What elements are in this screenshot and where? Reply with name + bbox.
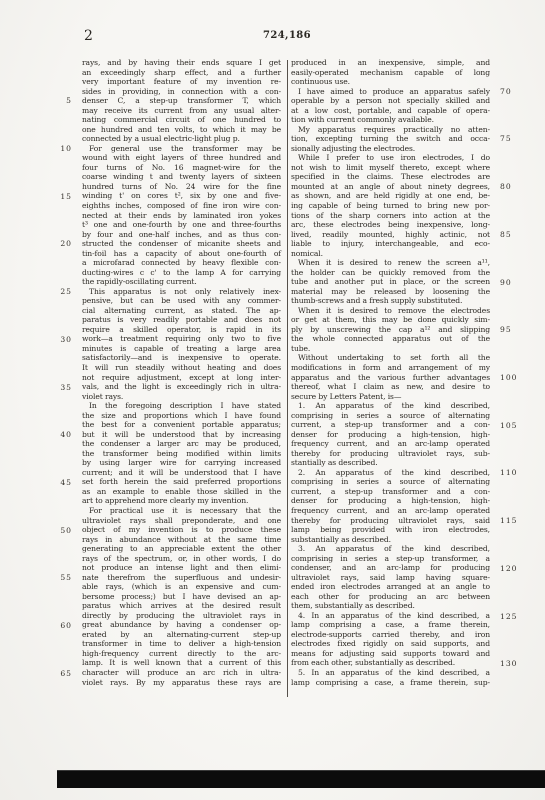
text-line: eighths inches, composed of fine iron wi… — [82, 201, 281, 211]
text-line: an exceedingly sharp effect, and a furth… — [82, 68, 281, 78]
line-number: 130 — [500, 659, 524, 669]
line-number: 75 — [500, 134, 524, 144]
text-line: high-frequency current directly to the a… — [82, 649, 281, 659]
text-line: the size and proportions which I have fo… — [82, 411, 281, 421]
text-line: 3. An apparatus of the kind described, — [291, 544, 490, 554]
text-line: apparatus and the various further advant… — [291, 373, 490, 383]
line-number: 20 — [48, 239, 72, 249]
text-line: the condenser a larger arc may be produc… — [82, 439, 281, 449]
text-line: ended iron electrodes arranged at an ang… — [291, 582, 490, 592]
text-line: at a low cost, portable, and capable of … — [291, 106, 490, 116]
text-line: the transformer being modified within li… — [82, 449, 281, 459]
line-number: 55 — [48, 573, 72, 583]
text-line: For practical use it is necessary that t… — [82, 506, 281, 516]
text-line: thereby for producing ultraviolet rays, … — [291, 449, 490, 459]
text-line: comprising in series a source of alterna… — [291, 411, 490, 421]
text-line: work—a treatment requiring only two to f… — [82, 334, 281, 344]
footer-bar — [57, 771, 545, 788]
text-line: tion, excepting turning the switch and o… — [291, 134, 490, 144]
text-line: thereby for producing ultraviolet rays, … — [291, 516, 490, 526]
page-number: 2 — [84, 29, 93, 43]
line-number: 65 — [48, 669, 72, 679]
text-line: material may be released by loosening th… — [291, 287, 490, 297]
text-line: nected at their ends by laminated iron y… — [82, 211, 281, 221]
line-number: 5 — [48, 96, 72, 106]
text-line: wound with eight layers of three hundred… — [82, 153, 281, 163]
text-line: the whole connected apparatus out of the — [291, 334, 490, 344]
text-line: denser for producing a high-tension, hig… — [291, 430, 490, 440]
text-line: current, a step-up transformer and a con… — [291, 487, 490, 497]
text-line: by four and one-half inches, and as thus… — [82, 230, 281, 240]
text-line: object of my invention is to produce the… — [82, 525, 281, 535]
text-line: minutes is capable of treating a large a… — [82, 344, 281, 354]
line-number: 95 — [500, 325, 524, 335]
text-line: a microfarad connected by heavy flexible… — [82, 258, 281, 268]
text-line: directly by producing the ultraviolet ra… — [82, 611, 281, 621]
text-line: For general use the transformer may be — [82, 144, 281, 154]
text-line: thumb-screws and a fresh supply substitu… — [291, 296, 490, 306]
text-line: produced in an inexpensive, simple, and — [291, 58, 490, 68]
text-line: coarse winding t and twenty layers of si… — [82, 172, 281, 182]
text-line: rays, and by having their ends square I … — [82, 58, 281, 68]
text-line: stantially as described. — [291, 458, 490, 468]
text-line: sides in providing, in connection with a… — [82, 87, 281, 97]
line-number: 50 — [48, 526, 72, 536]
text-line: In the foregoing description I have stat… — [82, 401, 281, 411]
text-line: electrodes fixed rigidly on said support… — [291, 639, 490, 649]
text-line: ducting-wires c c' to the lamp A for car… — [82, 268, 281, 278]
text-line: winding t' on cores t², six by one and f… — [82, 191, 281, 201]
text-line: one hundred and ten volts, to which it m… — [82, 125, 281, 135]
text-line: able rays, (which is an expensive and cu… — [82, 582, 281, 592]
text-line: tion with current commonly available. — [291, 115, 490, 125]
line-number: 30 — [48, 335, 72, 345]
text-line: denser C, a step-up transformer T, which — [82, 96, 281, 106]
text-line: nate therefrom the superfluous and undes… — [82, 573, 281, 583]
column-divider — [287, 60, 288, 697]
column-right: produced in an inexpensive, simple, ande… — [291, 58, 490, 687]
text-line: connected by a usual electric-light plug… — [82, 134, 281, 144]
text-line: frequency current, and an arc-lamp opera… — [291, 506, 490, 516]
text-line: cial alternating current, as stated. The… — [82, 306, 281, 316]
text-line: them, substantially as described. — [291, 601, 490, 611]
line-number: 60 — [48, 621, 72, 631]
text-line: I have aimed to produce an apparatus saf… — [291, 87, 490, 97]
text-line: satisfactorily—and is inexpensive to ope… — [82, 353, 281, 363]
column-left: rays, and by having their ends square I … — [82, 58, 281, 687]
text-line: ultraviolet rays shall preponderate, and… — [82, 516, 281, 526]
text-line: rays of the spectrum, or, in other words… — [82, 554, 281, 564]
text-line: art to apprehend more clearly my inventi… — [82, 496, 281, 506]
line-number: 40 — [48, 430, 72, 440]
text-line: paratus which arrives at the desired res… — [82, 601, 281, 611]
text-line: condenser, and an arc-lamp for producing — [291, 563, 490, 573]
text-line: mounted at an angle of about ninety degr… — [291, 182, 490, 192]
text-line: four turns of No. 16 magnet-wire for the — [82, 163, 281, 173]
text-line: character will produce an arc rich in ul… — [82, 668, 281, 678]
text-line: as an example to enable those skilled in… — [82, 487, 281, 497]
text-line: pensive, but can be used with any commer… — [82, 296, 281, 306]
text-line: lamp being provided with iron electrodes… — [291, 525, 490, 535]
text-line: When it is desired to remove the electro… — [291, 306, 490, 316]
line-number: 45 — [48, 478, 72, 488]
text-line: generating to an appreciable extent the … — [82, 544, 281, 554]
text-line: great abundance by having a condenser op… — [82, 620, 281, 630]
text-line: but it will be understood that by increa… — [82, 430, 281, 440]
text-line: substantially as described. — [291, 535, 490, 545]
text-line: rays in abundance without at the same ti… — [82, 535, 281, 545]
line-number: 25 — [48, 287, 72, 297]
text-line: or get at them, this may be done quickly… — [291, 315, 490, 325]
text-line: easily-operated mechanism capable of lon… — [291, 68, 490, 78]
line-number: 85 — [500, 230, 524, 240]
text-line: 4. In an apparatus of the kind described… — [291, 611, 490, 621]
text-line: arc, these electrodes being inexpensive,… — [291, 220, 490, 230]
text-line: nomical. — [291, 249, 490, 259]
text-line: Without undertaking to set forth all the — [291, 353, 490, 363]
text-line: hundred turns of No. 24 wire for the fin… — [82, 182, 281, 192]
text-line: by using larger wire for carrying increa… — [82, 458, 281, 468]
text-line: ing capable of being turned to bring new… — [291, 201, 490, 211]
text-line: lamp comprising a case, a frame therein,… — [291, 678, 490, 688]
patent-page: 2 724,186 rays, and by having their ends… — [0, 0, 545, 800]
text-line: may receive its current from any usual a… — [82, 106, 281, 116]
text-line: lived, readily mounted, highly actinic, … — [291, 230, 490, 240]
text-line: continuous use. — [291, 77, 490, 87]
line-number: 110 — [500, 468, 524, 478]
text-line: means for adjusting said supports toward… — [291, 649, 490, 659]
text-line: violet rays. By my apparatus these rays … — [82, 678, 281, 688]
text-line: current, a step-up transformer and a con… — [291, 420, 490, 430]
text-line: This apparatus is not only relatively in… — [82, 287, 281, 297]
text-line: require a skilled operator, is rapid in … — [82, 325, 281, 335]
text-line: each other for producing an arc between — [291, 592, 490, 602]
text-line: electrode-supports carried thereby, and … — [291, 630, 490, 640]
line-number: 105 — [500, 421, 524, 431]
text-line: It will run steadily without heating and… — [82, 363, 281, 373]
text-line: vals, and the light is exceedingly rich … — [82, 382, 281, 392]
line-number: 120 — [500, 564, 524, 574]
text-line: bersome process;) but I have devised an … — [82, 592, 281, 602]
line-number: 70 — [500, 87, 524, 97]
text-line: t³ one and one-fourth by one and three-f… — [82, 220, 281, 230]
text-line: tin-foil has a capacity of about one-fou… — [82, 249, 281, 259]
text-line: set forth herein the said preferred prop… — [82, 477, 281, 487]
text-line: not require adjustment, except at long i… — [82, 373, 281, 383]
text-line: nating commercial circuit of one hundred… — [82, 115, 281, 125]
text-line: erated by an alternating-current step-up — [82, 630, 281, 640]
text-line: structed the condenser of micanite sheet… — [82, 239, 281, 249]
text-line: the best for a convenient portable appar… — [82, 420, 281, 430]
text-line: the holder can be quickly removed from t… — [291, 268, 490, 278]
line-number: 125 — [500, 612, 524, 622]
text-line: tions of the sharp corners into action a… — [291, 211, 490, 221]
text-line: liable to injury, interchangeable, and e… — [291, 239, 490, 249]
text-line: ply by unscrewing the cap a¹² and slippi… — [291, 325, 490, 335]
text-line: operable by a person not specially skill… — [291, 96, 490, 106]
text-line: tube and another put in place, or the sc… — [291, 277, 490, 287]
text-line: modifications in form and arrangement of… — [291, 363, 490, 373]
text-line: comprising in series a source of alterna… — [291, 477, 490, 487]
text-line: My apparatus requires practically no att… — [291, 125, 490, 135]
text-line: denser for producing a high-tension, hig… — [291, 496, 490, 506]
text-line: paratus is very readily portable and doe… — [82, 315, 281, 325]
line-number: 15 — [48, 192, 72, 202]
text-line: transformer in time to deliver a high-te… — [82, 639, 281, 649]
text-line: frequency current, and an arc-lamp opera… — [291, 439, 490, 449]
text-line: sionally adjusting the electrodes. — [291, 144, 490, 154]
text-line: from each other, substantially as descri… — [291, 658, 490, 668]
line-number: 90 — [500, 278, 524, 288]
line-number: 10 — [48, 144, 72, 154]
text-line: the rapidly-oscillating current. — [82, 277, 281, 287]
text-line: When it is desired to renew the screen a… — [291, 258, 490, 268]
line-number: 80 — [500, 182, 524, 192]
patent-number-header: 724,186 — [263, 30, 311, 41]
text-line: comprising in series a step-up transform… — [291, 554, 490, 564]
text-line: not wish to limit myself thereto, except… — [291, 163, 490, 173]
line-number: 115 — [500, 516, 524, 526]
line-number: 100 — [500, 373, 524, 383]
text-line: 2. An apparatus of the kind described, — [291, 468, 490, 478]
text-line: While I prefer to use iron electrodes, I… — [291, 153, 490, 163]
text-line: lamp. It is well known that a current of… — [82, 658, 281, 668]
text-line: 1. An apparatus of the kind described, — [291, 401, 490, 411]
text-line: very important feature of my invention r… — [82, 77, 281, 87]
line-number: 35 — [48, 383, 72, 393]
text-line: not produce an intense light and then el… — [82, 563, 281, 573]
text-line: current; and it will be understood that … — [82, 468, 281, 478]
text-line: violet rays. — [82, 392, 281, 402]
text-line: secure by Letters Patent, is— — [291, 392, 490, 402]
text-line: ultraviolet rays, said lamp having squar… — [291, 573, 490, 583]
text-line: tube. — [291, 344, 490, 354]
text-line: lamp comprising a case, a frame therein, — [291, 620, 490, 630]
text-line: thereof, what I claim as new, and desire… — [291, 382, 490, 392]
text-line: specified in the claims. These electrode… — [291, 172, 490, 182]
text-line: 5. In an apparatus of the kind described… — [291, 668, 490, 678]
text-line: as shown, and are held rigidly at one en… — [291, 191, 490, 201]
